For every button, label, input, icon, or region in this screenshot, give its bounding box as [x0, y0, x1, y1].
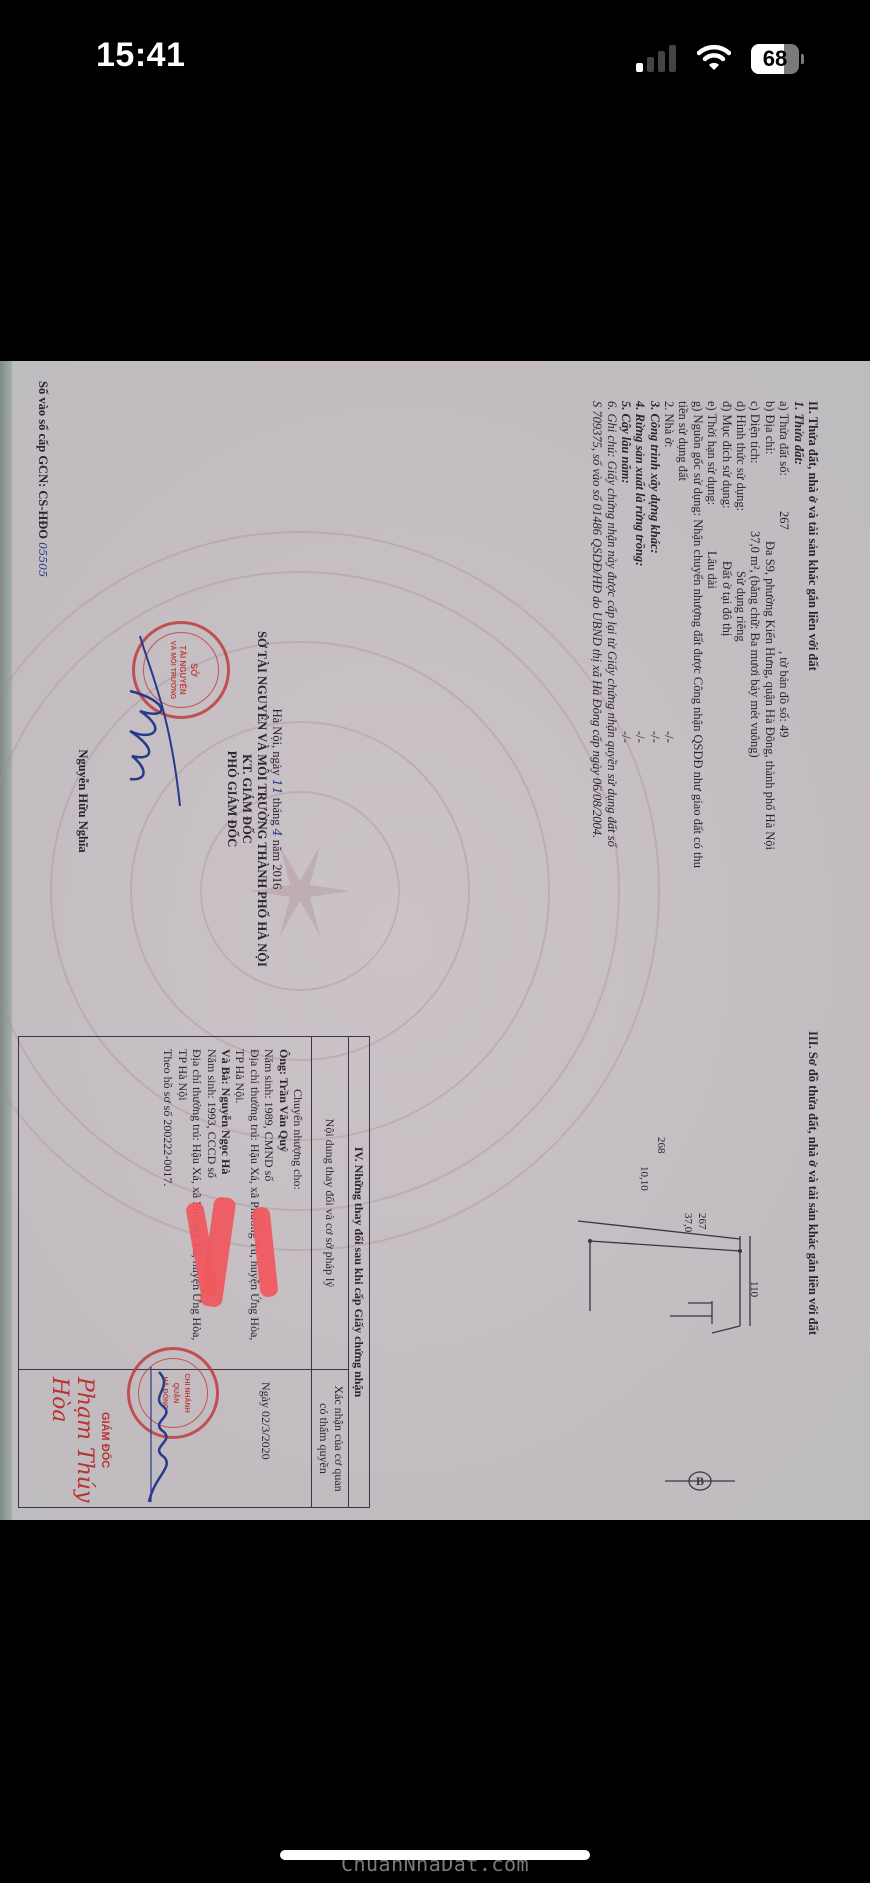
note-cont: S 709375, số vào sổ 01486 QSDĐ/HĐ do UBN… [590, 401, 604, 961]
director-title: GIÁM ĐỐC [99, 1412, 111, 1468]
land-use-certificate: II. Thửa đất, nhà ở và tài sản khác gắn … [12, 361, 870, 1520]
status-bar: 15:41 68 [0, 0, 870, 120]
director-signature: Phạm Thúy Hòa [47, 1377, 97, 1507]
battery-percent: 68 [751, 44, 799, 74]
field-usage-form: d) Hình thức sử dụng: Sử dụng riêng [734, 401, 748, 961]
field-parcel-number: a) Thửa đất số: 267 , tờ bản đồ số: 49 [777, 401, 791, 961]
north-arrow-icon: B [660, 1451, 740, 1511]
section-3-heading: III. Sơ đồ thửa đất, nhà ở và tài sản kh… [805, 1031, 820, 1501]
land-heading: 1. Thửa đất: [791, 401, 805, 961]
item-planted-forest: 4. Rừng sản xuất là rừng trồng: -/- [633, 401, 647, 961]
deputy-signature [110, 631, 210, 811]
kt-title: KT. GIÁM ĐỐC [239, 619, 254, 979]
item-house: 2. Nhà ở: -/- [662, 401, 676, 961]
field-origin: g) Nguồn gốc sử dụng: Nhận chuyển nhượng… [690, 401, 704, 961]
registry-number: Số vào sổ cấp GCN: CS-HĐO 05505 [35, 381, 50, 577]
wifi-icon [697, 42, 731, 72]
issue-date: Hà Nội, ngày 11 tháng 4 năm 2016 [269, 619, 285, 979]
section-land-info: II. Thửa đất, nhà ở và tài sản khác gắn … [590, 401, 820, 961]
section-4-heading: IV. Những thay đổi sau khi cấp Giấy chứn… [348, 1037, 369, 1507]
battery-icon: 68 [751, 44, 803, 74]
issuing-agency: SỞ TÀI NGUYÊN VÀ MÔI TRƯỜNG THÀNH PHỐ HÀ… [254, 589, 269, 1009]
signer-name: Nguyễn Hữu Nghĩa [75, 701, 90, 901]
field-term: e) Thời hạn sử dụng: Lâu dài [705, 401, 719, 961]
item-perennial-trees: 5. Cây lâu năm: -/- [619, 401, 633, 961]
home-indicator[interactable] [280, 1850, 590, 1860]
confirmation-date: Ngày 02/3/2020 [258, 1382, 273, 1502]
issuer-signature-block: Hà Nội, ngày 11 tháng 4 năm 2016 SỞ TÀI … [224, 619, 285, 979]
changes-table: IV. Những thay đổi sau khi cấp Giấy chứn… [18, 1036, 370, 1508]
svg-text:B: B [696, 1474, 704, 1488]
note: 6. Ghi chú: Giấy chứng nhận này được cấp… [604, 401, 618, 961]
field-address: b) Địa chỉ: Đa S9, phường Kiến Hưng, quậ… [762, 401, 776, 961]
field-purpose: đ) Mục đích sử dụng: Đất ở tại đô thị [719, 401, 733, 961]
col-change-content: Nội dung thay đổi và cơ sở pháp lý [312, 1037, 348, 1370]
field-origin-cont: tiền sử dụng đất [676, 401, 690, 961]
section-2-heading: II. Thửa đất, nhà ở và tài sản khác gắn … [806, 401, 820, 961]
cellular-signal-icon [636, 44, 680, 72]
clock: 15:41 [96, 36, 185, 75]
certificate-photo: II. Thửa đất, nhà ở và tài sản khác gắn … [0, 361, 870, 1520]
item-other-construction: 3. Công trình xây dựng khác: -/- [647, 401, 661, 961]
parcel-sketch: 268 110 10,10 267 37,0 [570, 1041, 800, 1341]
col-confirmation: Xác nhận của cơ quan có thẩm quyền [316, 1370, 346, 1507]
branch-signature [139, 1367, 179, 1507]
field-area: c) Diện tích: 37,0 m², (bằng chữ: Ba mươ… [748, 401, 762, 961]
